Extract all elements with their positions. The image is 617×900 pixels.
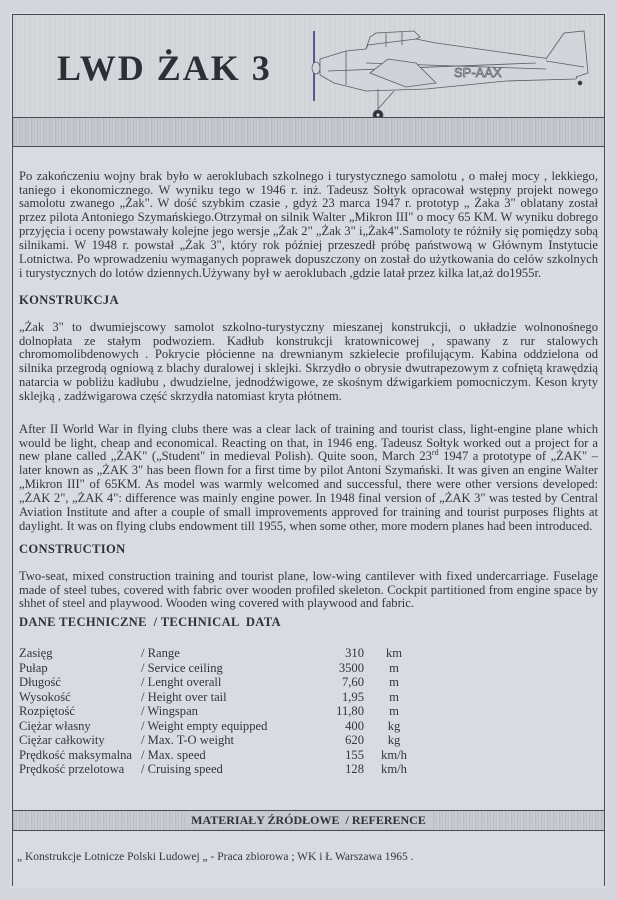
svg-text:SP-AAX: SP-AAX [454,65,502,80]
table-row: Ciężar własny/ Weight empty equipped400k… [19,719,414,734]
spec-value: 7,60 [306,675,374,690]
spec-value: 3500 [306,661,374,676]
spec-value: 1,95 [306,690,374,705]
spec-label-pl: Ciężar własny [19,719,141,734]
reference-heading-band: MATERIAŁY ŹRÓDŁOWE / REFERENCE [13,810,604,831]
spec-unit: kg [374,719,414,734]
reference-text: „ Konstrukcje Lotnicze Polski Ludowej „ … [17,851,414,863]
spec-label-pl: Zasięg [19,646,141,661]
decorative-band [13,117,604,147]
spec-value: 310 [306,646,374,661]
technical-data-section: DANE TECHNICZNE / TECHNICAL DATA Zasięg/… [19,615,598,777]
spec-label-pl: Ciężar całkowity [19,733,141,748]
spec-label-pl: Długość [19,675,141,690]
spec-unit: m [374,690,414,705]
spec-value: 128 [306,762,374,777]
konstrukcja-heading: KONSTRUKCJA [19,293,598,308]
spec-label-en: / Lenght overall [141,675,306,690]
table-row: Wysokość/ Height over tail1,95m [19,690,414,705]
table-row: Prędkość maksymalna/ Max. speed155km/h [19,748,414,763]
spec-unit: m [374,675,414,690]
spec-label-pl: Prędkość przelotowa [19,762,141,777]
spec-label-en: / Max. T-O weight [141,733,306,748]
table-row: Długość/ Lenght overall7,60m [19,675,414,690]
spec-label-pl: Rozpiętość [19,704,141,719]
spec-unit: km/h [374,748,414,763]
spec-label-pl: Pułap [19,661,141,676]
spec-label-en: / Weight empty equipped [141,719,306,734]
spec-label-en: / Range [141,646,306,661]
spec-value: 620 [306,733,374,748]
spec-value: 11,80 [306,704,374,719]
polish-intro-section: Po zakończeniu wojny brak było w aeroklu… [19,157,598,293]
spec-unit: kg [374,733,414,748]
document-page: LWD ŻAK 3 SP-A [10,12,607,888]
reference-heading: MATERIAŁY ŹRÓDŁOWE / REFERENCE [185,813,432,827]
spec-label-en: / Service ceiling [141,661,306,676]
spec-value: 155 [306,748,374,763]
technical-data-table: Zasięg/ Range310kmPułap/ Service ceiling… [19,646,414,777]
page-frame: LWD ŻAK 3 SP-A [12,14,605,886]
table-row: Prędkość przelotowa/ Cruising speed128km… [19,762,414,777]
english-intro-section: After II World War in flying clubs there… [19,410,598,546]
konstrukcja-text: „Żak 3" to dwumiejscowy samolot szkolno-… [19,321,598,404]
konstrukcja-section: KONSTRUKCJA „Żak 3" to dwumiejscowy samo… [19,293,598,417]
spec-label-en: / Max. speed [141,748,306,763]
spec-unit: km/h [374,762,414,777]
construction-text: Two-seat, mixed construction training an… [19,570,598,612]
construction-heading: CONSTRUCTION [19,542,598,557]
spec-label-pl: Prędkość maksymalna [19,748,141,763]
header-panel: LWD ŻAK 3 SP-A [13,15,604,117]
spec-label-pl: Wysokość [19,690,141,705]
construction-section: CONSTRUCTION Two-seat, mixed constructio… [19,542,598,624]
table-row: Zasięg/ Range310km [19,646,414,661]
spec-label-en: / Height over tail [141,690,306,705]
table-row: Ciężar całkowity/ Max. T-O weight620kg [19,733,414,748]
spec-value: 400 [306,719,374,734]
english-intro-text: After II World War in flying clubs there… [19,423,598,534]
spec-unit: m [374,661,414,676]
spec-unit: km [374,646,414,661]
aircraft-illustration-icon: SP-AAX [306,23,606,123]
spec-label-en: / Cruising speed [141,762,306,777]
table-row: Rozpiętość/ Wingspan11,80m [19,704,414,719]
polish-intro-text: Po zakończeniu wojny brak było w aeroklu… [19,170,598,281]
technical-data-heading: DANE TECHNICZNE / TECHNICAL DATA [19,615,598,630]
page-title: LWD ŻAK 3 [57,47,272,89]
spec-unit: m [374,704,414,719]
table-row: Pułap/ Service ceiling3500m [19,661,414,676]
spec-label-en: / Wingspan [141,704,306,719]
